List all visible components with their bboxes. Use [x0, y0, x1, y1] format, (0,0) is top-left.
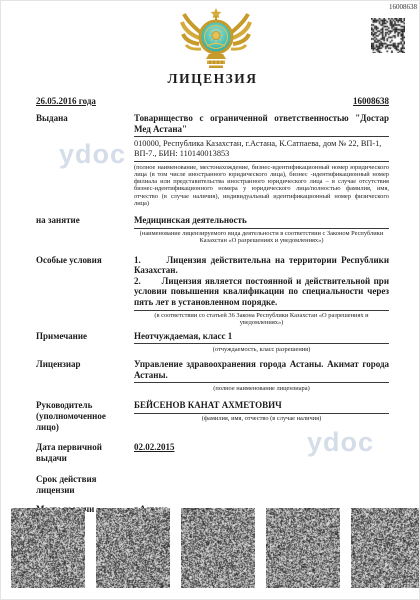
special-condition-1: 1. Лицензия действительна на территории … [134, 255, 389, 276]
head-label-line1: Руководитель [36, 400, 128, 411]
field-special-conditions: Особые условия 1. Лицензия действительна… [36, 255, 389, 327]
date-number-row: 26.05.2016 года 16008638 [36, 96, 389, 106]
field-label: Лицензиар [36, 359, 134, 392]
special-condition-2: 2. Лицензия является постоянной и действ… [134, 276, 389, 308]
field-rule [134, 382, 389, 383]
license-document: 16008638 [0, 0, 420, 600]
barcode [11, 508, 85, 588]
issue-date: 26.05.2016 года [36, 96, 96, 106]
field-rule [134, 413, 389, 414]
barcode-row [11, 508, 420, 588]
field-remark: Примечание Неотчуждаемая, класс 1 (отчуж… [36, 331, 389, 353]
field-value: БЕЙСЕНОВ КАНАТ АХМЕТОВИЧ [134, 400, 389, 411]
field-value: 02.02.2015 [134, 442, 175, 452]
field-rule [134, 310, 389, 311]
field-head: Руководитель (уполномоченное лицо) БЕЙСЕ… [36, 400, 389, 432]
head-label-line2: (уполномоченное лицо) [36, 411, 128, 433]
field-rule [134, 343, 389, 344]
field-first-issue-date: Дата первичной выдачи 02.02.2015 [36, 442, 389, 464]
barcode [181, 508, 255, 588]
field-value: Медицинская деятельность [134, 215, 389, 226]
field-label: Дата первичной выдачи [36, 442, 134, 464]
field-note: (в соответствии со статьей 36 Закона Рес… [134, 312, 389, 326]
issued-to-address: 010000, Республика Казахстан, г.Астана, … [134, 139, 389, 159]
field-label: Срок действия лицензии [36, 474, 134, 496]
barcode [266, 508, 340, 588]
field-validity: Срок действия лицензии [36, 474, 389, 496]
field-rule [134, 136, 389, 137]
field-label: Руководитель (уполномоченное лицо) [36, 400, 134, 432]
field-issued-to: Выдана Товарищество с ограниченной ответ… [36, 113, 389, 207]
field-rule [134, 161, 389, 162]
field-note: (полное наименование лицензиара) [134, 385, 389, 392]
field-note: (полное наименование, местонахождение, б… [134, 164, 389, 207]
barcode [351, 508, 420, 588]
field-value: Неотчуждаемая, класс 1 [134, 331, 389, 342]
field-note: (наименование лицензируемого вида деятел… [134, 230, 389, 244]
field-licensor: Лицензиар Управление здравоохранения гор… [36, 359, 389, 392]
license-number: 16008638 [353, 96, 389, 106]
document-title: ЛИЦЕНЗИЯ [36, 71, 389, 87]
field-note: (отчуждаемость, класс разрешения) [134, 346, 389, 353]
field-label: Примечание [36, 331, 134, 353]
field-label: на занятие [36, 215, 134, 245]
field-value: Управление здравоохранения города Астаны… [134, 359, 389, 380]
field-label: Выдана [36, 113, 134, 207]
field-note: (фамилия, имя, отчество (в случае наличи… [134, 415, 389, 422]
barcode [96, 508, 170, 588]
field-activity: на занятие Медицинская деятельность (наи… [36, 215, 389, 245]
field-label: Особые условия [36, 255, 134, 327]
field-value: Товарищество с ограниченной ответственно… [134, 113, 389, 134]
field-rule [134, 228, 389, 229]
